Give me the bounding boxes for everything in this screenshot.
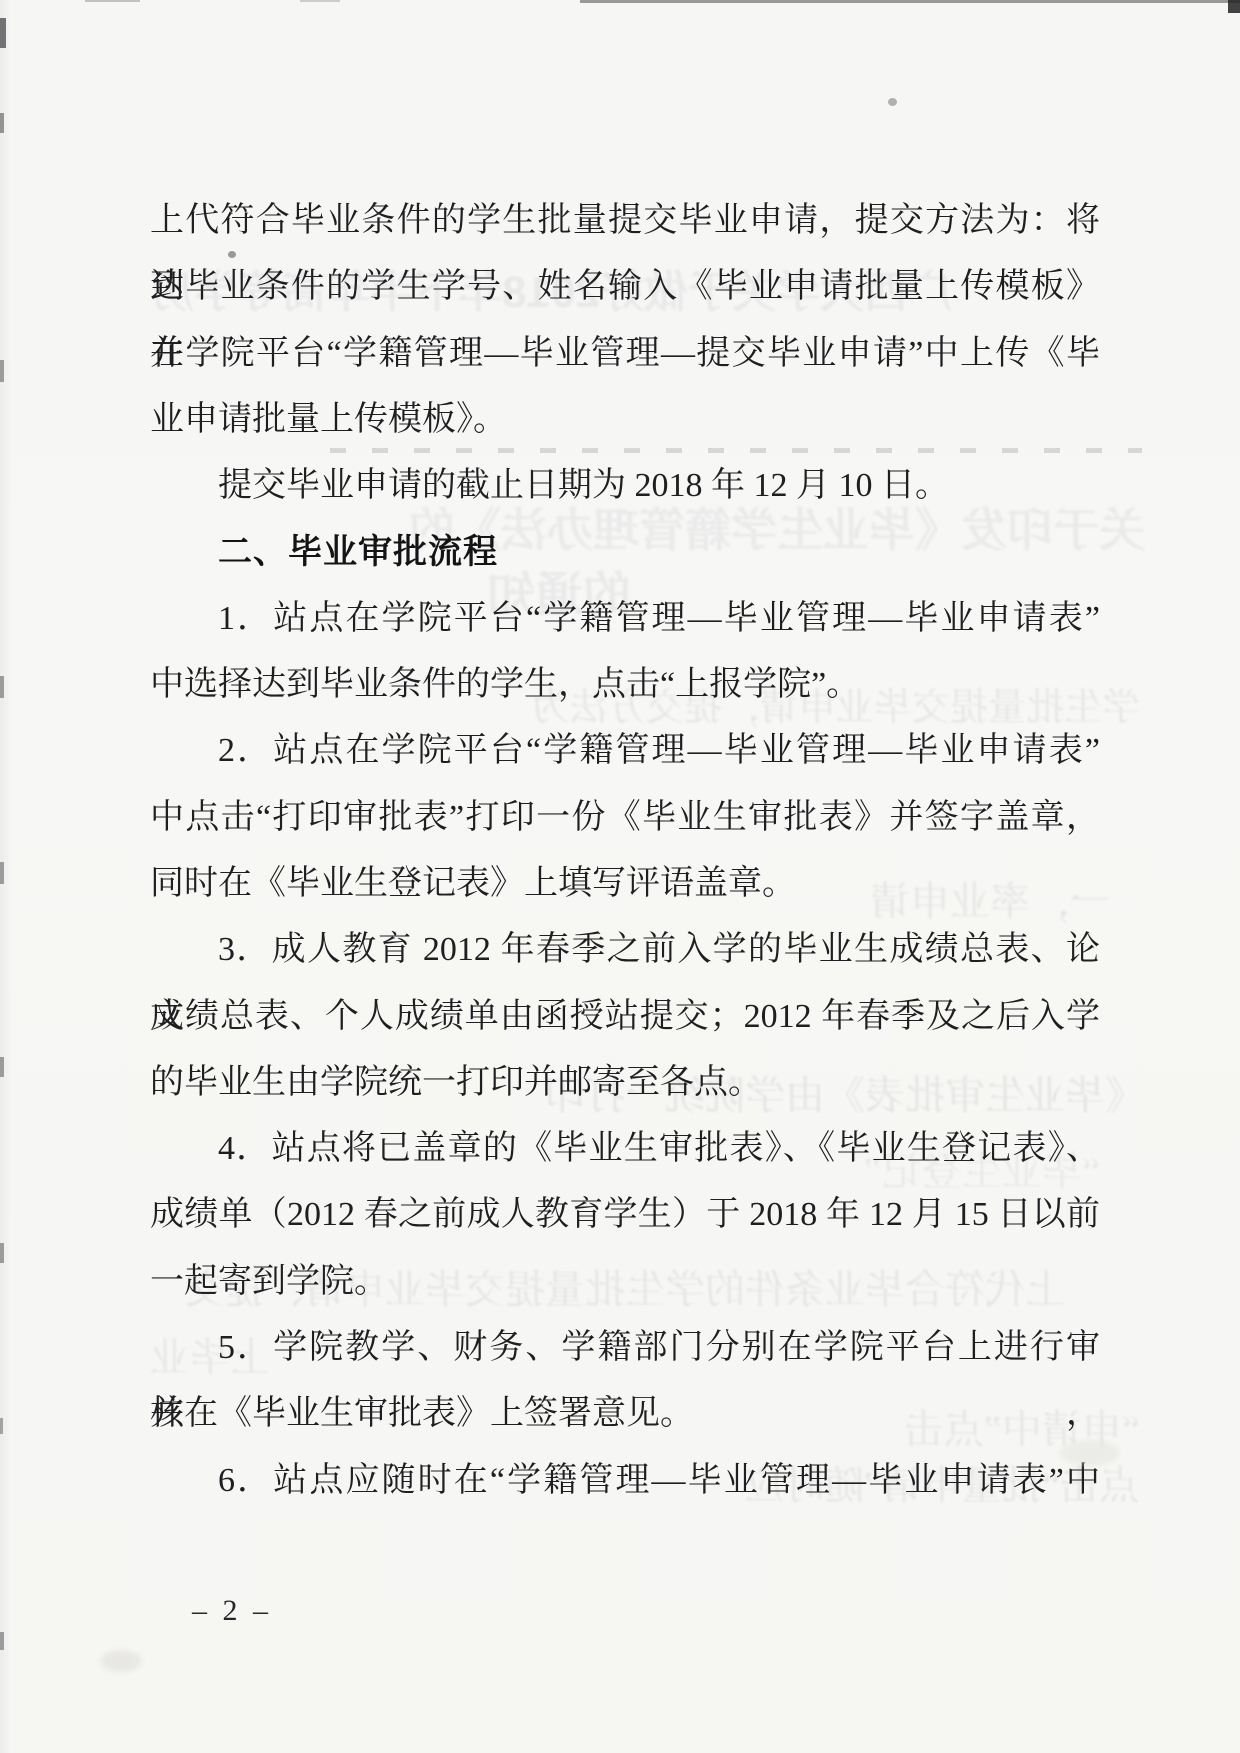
scan-artifact-top-dash — [85, 0, 140, 2]
scan-artifact-dot — [888, 98, 897, 106]
scan-artifact-edge-mark — [0, 1418, 3, 1434]
scan-artifact-edge-mark — [0, 1243, 4, 1263]
scan-artifact-streak — [330, 448, 1142, 453]
text-line: 5．学院教学、财务、学籍部门分别在学院平台上进行审核， — [150, 1315, 1100, 1381]
text-line: 在学院平台“学籍管理—毕业管理—提交毕业申请”中上传《毕 — [150, 321, 1100, 387]
scan-artifact-edge-mark — [0, 113, 4, 133]
scan-artifact-top-edge — [580, 0, 1240, 3]
text-line: 3．成人教育 2012 年春季之前入学的毕业生成绩总表、论文 — [150, 917, 1100, 983]
text-line: 到毕业条件的学生学号、姓名输入《毕业申请批量上传模板》并 — [150, 254, 1100, 320]
text-line: 1．站点在学院平台“学籍管理—毕业管理—毕业申请表” — [150, 586, 1100, 652]
scanned-document-page: 广西大学关于做好2018年下半年高等学历关于印发《毕业生学籍管理办法》的的通知学… — [0, 0, 1240, 1753]
text-line: 中选择达到毕业条件的学生，点击“上报学院”。 — [150, 652, 1100, 718]
scan-artifact-corner — [1228, 0, 1240, 13]
scan-artifact-edge-mark — [0, 676, 4, 698]
scan-artifact-dot — [228, 251, 236, 258]
scan-artifact-top-dash — [300, 0, 340, 2]
text-line: 4．站点将已盖章的《毕业生审批表》、《毕业生登记表》、 — [150, 1116, 1100, 1182]
scan-artifact-edge-mark — [0, 360, 4, 382]
text-line: 的毕业生由学院统一打印并邮寄至各点。 — [150, 1050, 1100, 1116]
scan-artifact-smudge — [100, 1650, 142, 1672]
text-line: 中点击“打印审批表”打印一份《毕业生审批表》并签字盖章， — [150, 785, 1100, 851]
text-line: 上代符合毕业条件的学生批量提交毕业申请，提交方法为：将达 — [150, 188, 1100, 254]
text-line: 一起寄到学院。 — [150, 1249, 1100, 1315]
scan-artifact-edge-mark — [0, 1057, 4, 1077]
text-line: 成绩总表、个人成绩单由函授站提交；2012 年春季及之后入学 — [150, 984, 1100, 1050]
text-line: 业申请批量上传模板》。 — [150, 387, 1100, 453]
text-line: 同时在《毕业生登记表》上填写评语盖章。 — [150, 851, 1100, 917]
scan-artifact-edge-mark — [0, 862, 4, 884]
scan-artifact-smudge — [1060, 1440, 1120, 1466]
text-line: 6．站点应随时在“学籍管理—毕业管理—毕业申请表”中 — [150, 1448, 1100, 1514]
text-line: 2．站点在学院平台“学籍管理—毕业管理—毕业申请表” — [150, 718, 1100, 784]
document-body: 上代符合毕业条件的学生批量提交毕业申请，提交方法为：将达到毕业条件的学生学号、姓… — [150, 188, 1100, 1514]
page-number: – 2 – — [192, 1594, 272, 1628]
scan-artifact-edge-mark — [0, 18, 6, 48]
text-line: 成绩单（2012 春之前成人教育学生）于 2018 年 12 月 15 日以前 — [150, 1182, 1100, 1248]
scan-artifact-edge-mark — [0, 1632, 4, 1650]
section-heading: 二、毕业审批流程 — [150, 519, 1100, 585]
text-line: 提交毕业申请的截止日期为 2018 年 12 月 10 日。 — [150, 453, 1100, 519]
